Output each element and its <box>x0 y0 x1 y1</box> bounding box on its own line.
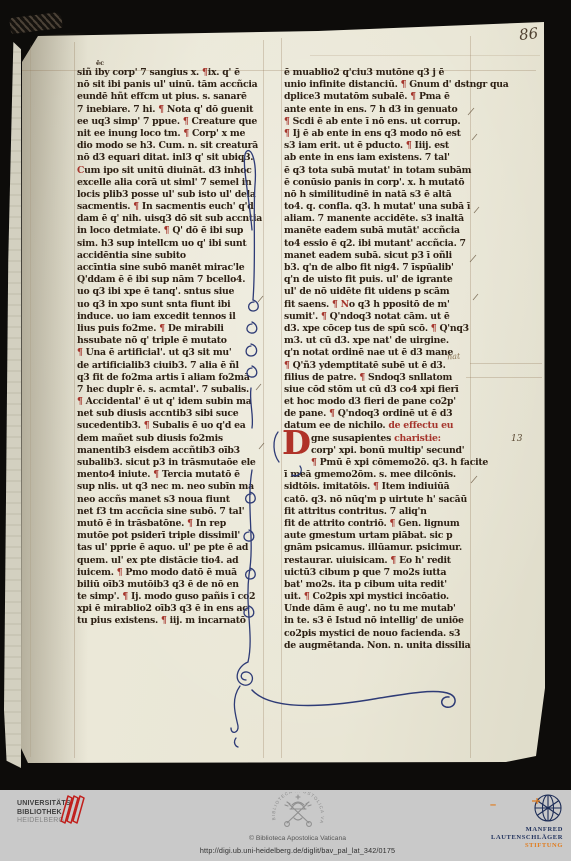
manuscript-line: lius puis fo2me. ¶ De mirabili <box>77 323 263 335</box>
manuscript-line: nit ee inung loco tm. ¶ Corp' x me <box>77 128 263 140</box>
ink-text: mento4 iniute. <box>77 469 153 480</box>
ink-text: b3. q'n de albo fit nig4. 7 īspūalib' <box>284 262 454 273</box>
ink-text: ē q3 tota subā mutat' in totam subām <box>284 165 471 176</box>
manuscript-line: ē q3 tota subā mutat' in totam subām <box>284 165 476 177</box>
ink-text: nō sit ibi panis ul' uinū. tām accñcia <box>77 79 257 90</box>
manuscript-line: te simp'. ¶ Ij. modo guso pañis ī co2 <box>77 591 263 603</box>
ink-text: xpi ē mirablio2 oīb3 q3 ē in ens ac <box>77 603 248 614</box>
manuscript-line: gne susapientes charistie: <box>284 433 476 445</box>
manuscript-line: gnām psicamus. illūamur. psicimur. <box>284 542 476 554</box>
manuscript-line: s3 iam erit. ut ē pducto. ¶ Iiij. est <box>284 140 476 152</box>
ink-text: Accidental' ē ut q' idem subin ma <box>86 396 252 407</box>
rubric-text: ¶ <box>158 104 167 115</box>
ink-text: sucedentib3. <box>77 420 144 431</box>
binding-headband <box>9 12 63 34</box>
manuscript-line: de pane. ¶ Q'ndoq3 ordinē ut ē d3 <box>284 408 476 420</box>
rubric-text: ¶ <box>321 311 330 322</box>
ink-text: Co2pis xpi mystici incōatio. <box>312 591 448 602</box>
ink-text: dem mañet sub diusis fo2mis <box>77 433 223 444</box>
rubric-text: ¶ <box>406 140 415 151</box>
manuscript-line: co2pis mystici de nouo facienda. s3 <box>284 628 476 640</box>
manuscript-line: manet eadem subā. sicut p3 ī oñli <box>284 250 476 262</box>
ink-text: 7 inebiare. 7 hi. <box>77 104 158 115</box>
manuscript-line: tu pius existens. ¶ iij. m incarnatō <box>77 615 263 627</box>
manuscript-line: iuicem. ¶ Pmo modo datō ē muā <box>77 567 263 579</box>
ink-text: filius de patre. <box>284 372 359 383</box>
ink-text: gne susapientes <box>311 433 394 444</box>
ink-text: restaurar. uiuisicam. <box>284 555 390 566</box>
ink-text: uictū3 cibum p que 7 mo2s iutta <box>284 567 446 578</box>
ruling-line <box>470 363 542 364</box>
ink-text: catō. q3. nō nūq'm p uirtute h' sacāū <box>284 494 467 505</box>
manuscript-line: sim. h3 sup intellcm uo q' ibi sunt <box>77 238 263 250</box>
ink-text: um ipo sit unitū diuināt. d3 inhoc <box>84 165 251 176</box>
manuscript-line: manēte eadem subā mutāt' accñcia <box>284 225 476 237</box>
manuscript-line: xpi ē mirablio2 oīb3 q3 ē in ens ac <box>77 603 263 615</box>
ink-text: subalib3. sicut p3 in trāsmutaōe ele <box>77 457 256 468</box>
ink-text: manēte eadem subā mutāt' accñcia <box>284 225 460 236</box>
manuscript-line: ante ente in ens. 7 h d3 in genuato <box>284 104 476 116</box>
manuscript-line: ē muablio2 q'ciu3 mutōne q3 j ē <box>284 67 476 79</box>
ink-text: fit attritus contritus. 7 aliq'n <box>284 506 427 517</box>
manuscript-line: hssubate nō q' triple ē mutato <box>77 335 263 347</box>
mls-line3: STIFTUNG <box>491 842 563 850</box>
manuscript-line: net f3 tm accñcia sine subō. 7 tal' <box>77 506 263 518</box>
manuscript-line: subalib3. sicut p3 in trāsmutaōe ele <box>77 457 263 469</box>
ink-text: sup nlis. ut q3 nec m. neo subīn ma <box>77 481 254 492</box>
margin-note-number: 13 <box>511 434 522 444</box>
rubric-text: ¶ <box>401 79 410 90</box>
ink-text: accīntia sine subō manēt mirac'le <box>77 262 244 273</box>
rubric-text: ¶ <box>390 518 399 529</box>
ink-text: Pmū ē xpi cōmemo2ō. q3. h facite <box>320 457 488 468</box>
manuscript-line: biliū oīb3 mutōib3 q3 ē de nō en <box>77 579 263 591</box>
mls-line2: LAUTENSCHLÄGER <box>491 834 563 842</box>
ink-text: sim. h3 sup intellcm uo q' ibi sunt <box>77 238 246 249</box>
ink-text: nit ee inung loco tm. <box>77 128 183 139</box>
ink-text: bat' mo2s. ita p cibum uita redit' <box>284 579 447 590</box>
rubric-text: ¶ <box>284 116 293 127</box>
manuscript-line: b3. q'n de albo fit nig4. 7 īspūalib' <box>284 262 476 274</box>
vatican-copyright: © Biblioteca Apostolica Vaticana <box>155 835 440 842</box>
rubric-text: ¶ <box>122 591 131 602</box>
manuscript-line: ē conūsio panis in corp'. x. h mutatō <box>284 177 476 189</box>
manuscript-line: fit de attrito contriō. ¶ Gen. lignum <box>284 518 476 530</box>
manuscript-line: net sub diusis accntib3 sibi suce <box>77 408 263 420</box>
manuscript-line: induce. uo iam excedit tennos il <box>77 311 263 323</box>
ink-text: aute gmestum urtam piābat. sic p <box>284 530 452 541</box>
ink-text: De mirabili <box>168 323 224 334</box>
ink-text: nō h similitudinē in natā s3 ē altā <box>284 189 451 200</box>
ink-text: iij. m incarnatō <box>170 615 246 626</box>
manuscript-line: quem. ul' ex pte distācie tio4. ad <box>77 555 263 567</box>
mls-dash: – <box>490 799 496 811</box>
rubric-text: ¶ <box>164 225 173 236</box>
manuscript-line: sumit'. ¶ Q'ndoq3 notat cām. ut ē <box>284 311 476 323</box>
ink-text: Q'ndoq3 notat cām. ut ē <box>330 311 450 322</box>
ink-text: de pane. <box>284 408 329 419</box>
manuscript-line: ¶ Ij ē ab ente in ens q3 modo nō est <box>284 128 476 140</box>
manuscript-line: ab ente in ens iam existens. 7 tal' <box>284 152 476 164</box>
source-url[interactable]: http://digi.ub.uni-heidelberg.de/diglit/… <box>155 846 440 855</box>
ink-text: d3. xpe cōcep tus de spū scō. <box>284 323 431 334</box>
ink-text: to4 essio ē q2. ibi mutant' accñcia. 7 <box>284 238 466 249</box>
ink-text: Item indiuiūā <box>382 481 450 492</box>
ruling-line <box>281 38 282 758</box>
ink-text: uo q3 in xpo sunt snta fiunt ibi <box>77 299 230 310</box>
ink-text: Eo h' redit <box>399 555 451 566</box>
ink-text: uit. <box>284 591 304 602</box>
mls-logo-text: MANFRED LAUTENSCHLÄGER STIFTUNG <box>491 826 563 850</box>
manuscript-line: ī meā gmemo2ōm. s. mee dilcōnis. <box>284 469 476 481</box>
manuscript-line: dem mañet sub diusis fo2mis <box>77 433 263 445</box>
ink-text: sidtōis. imitatōis. <box>284 481 373 492</box>
mls-globe-icon <box>532 791 564 825</box>
manuscript-line: sacmentis. ¶ In sacmentis euch' q'd <box>77 201 263 213</box>
manuscript-line: to4. q. confla. q3. h mutat' una subā ī <box>284 201 476 213</box>
ink-text: to4. q. confla. q3. h mutat' una subā ī <box>284 201 470 212</box>
manuscript-line: ¶ Pmū ē xpi cōmemo2ō. q3. h facite <box>284 457 476 469</box>
ink-text: hssubate nō q' triple ē mutato <box>77 335 227 346</box>
manuscript-line: fit attritus contritus. 7 aliq'n <box>284 506 476 518</box>
manuscript-line: ¶ Una ē artificial'. ut q3 sit mu' <box>77 347 263 359</box>
ink-text: unio infinite distanciū. <box>284 79 401 90</box>
margin-note-nat: nat <box>447 352 461 362</box>
vatican-seal-icon: BIBLIOTECA APOSTOLICA VATICANA <box>270 792 326 834</box>
ink-text: locis plib3 posse ul' sub isto ul' dela <box>77 189 256 200</box>
ink-text: sacmentis. <box>77 201 133 212</box>
rubric-text: de effectu eu <box>388 420 453 431</box>
ink-text: Nota q' dō guenit <box>167 104 253 115</box>
rubric-text: ¶ <box>284 128 293 139</box>
manuscript-line: de artificialib3 ciuib3. 7 alia ē ñl <box>77 360 263 372</box>
rubric-text: N <box>341 299 349 310</box>
manuscript-line: dio modo se h3. Cum. n. sit creaturā <box>77 140 263 152</box>
manuscript-line: aliam. 7 manente accidēte. s3 inaltā <box>284 213 476 225</box>
ink-text: ante ente in ens. 7 h d3 in genuato <box>284 104 457 115</box>
manuscript-line: nō h similitudinē in natā s3 ē altā <box>284 189 476 201</box>
ink-text: Q'ddam ē ē ibi sup nām 7 bcello4. <box>77 274 245 285</box>
manuscript-line: uo q3 in xpo sunt snta fiunt ibi <box>77 299 263 311</box>
manuscript-line: ¶ Scdi ē ab ente ī nō ens. ut corrup. <box>284 116 476 128</box>
ink-text: Creature que <box>191 116 257 127</box>
ink-text: mutōe pot psiderī triple dissimil' <box>77 530 240 541</box>
drop-cap-initial: D <box>282 428 311 458</box>
ink-text: tu pius existens. <box>77 615 161 626</box>
ink-text: net sub diusis accntib3 sibi suce <box>77 408 238 419</box>
manuscript-line: manentib3 eisdem accñtib3 oīb3 <box>77 445 263 457</box>
ink-text: Pmo modo datō ē muā <box>125 567 237 578</box>
previous-page-edge <box>4 42 21 768</box>
manuscript-line: unio infinite distanciū. ¶ Gnum d' dstng… <box>284 79 476 91</box>
ink-text: s3 iam erit. ut ē pducto. <box>284 140 406 151</box>
ink-text: fit de attrito contriō. <box>284 518 390 529</box>
manuscript-line: catō. q3. nō nūq'm p uirtute h' sacāū <box>284 494 476 506</box>
ink-text: Gen. lignum <box>398 518 459 529</box>
ink-text: ē muablio2 q'ciu3 mutōne q3 j ē <box>284 67 444 78</box>
ink-text: ē conūsio panis in corp'. x. h mutatō <box>284 177 464 188</box>
manuscript-line: Cum ipo sit unitū diuināt. d3 inhoc <box>77 165 263 177</box>
ink-text: Sndoq3 snllatom <box>368 372 452 383</box>
manuscript-line: ul' de nō uidēte fit uidens p scām <box>284 286 476 298</box>
ub-books-icon <box>57 792 89 826</box>
ink-text: uo q3 ibi xpe ē tanq'. sntus siue <box>77 286 234 297</box>
manuscript-line: 7 inebiare. 7 hi. ¶ Nota q' dō guenit <box>77 104 263 116</box>
ink-text: Corp' x me <box>192 128 245 139</box>
manuscript-line: accidēntia sine subito <box>77 250 263 262</box>
ink-text: biliū oīb3 mutōib3 q3 ē de nō en <box>77 579 239 590</box>
manuscript-line: restaurar. uiuisicam. ¶ Eo h' redit <box>284 555 476 567</box>
ink-text: de augmētanda. Non. n. unita dissilia <box>284 640 470 651</box>
manuscript-line: siñ iby corp' 7 sangius x. ¶ix. q' ē <box>77 67 263 79</box>
rubric-text: ¶ <box>332 299 341 310</box>
rubric-text: ¶ <box>390 555 399 566</box>
rubric-text: ¶ <box>329 408 338 419</box>
manuscript-line: Q'ddam ē ē ibi sup nām 7 bcello4. <box>77 274 263 286</box>
rubric-text: ¶ <box>77 396 86 407</box>
manuscript-line: siue cōd stōm ut cū d3 co4 xpi fierī <box>284 384 476 396</box>
manuscript-line: in loco detmiate. ¶ Q' dō ē ibi sup <box>77 225 263 237</box>
ink-text: 7 hec duplr ē. s. acmtal'. 7 subalis. <box>77 384 249 395</box>
manuscript-line: q3 fit de fo2ma artis ī aliam fo2mā <box>77 372 263 384</box>
ink-text: dio modo se h3. Cum. n. sit creaturā <box>77 140 258 151</box>
ruling-line <box>310 55 540 56</box>
manuscript-line: bat' mo2s. ita p cibum uita redit' <box>284 579 476 591</box>
ink-text: Q' dō ē ibi sup <box>172 225 243 236</box>
manuscript-line: sucedentib3. ¶ Subalis ē uo q'd ea <box>77 420 263 432</box>
ink-text: q'n de uisto fit puis. ul' de igrante <box>284 274 453 285</box>
ink-text: Tercia mutatō ē <box>162 469 240 480</box>
ink-text: o q3 h ppositō de m' <box>349 299 450 310</box>
ink-text: fit saens. <box>284 299 332 310</box>
manuscript-line: Unde dām ē aug'. no tu me mutab' <box>284 603 476 615</box>
ruling-line <box>74 42 75 758</box>
rubric-text: ¶ <box>159 323 168 334</box>
ink-text: Ij ē ab ente in ens q3 modo nō est <box>293 128 461 139</box>
ink-text: quem. ul' ex pte distācie tio4. ad <box>77 555 238 566</box>
rubric-text: ¶ <box>410 91 419 102</box>
ink-text: accidēntia sine subito <box>77 250 186 261</box>
ink-text: Gnum d' dstngr qua <box>409 79 508 90</box>
interlinear-note: ēc <box>96 59 104 67</box>
ink-text: tas ul' pprie ē aquo. ul' pe pte ē ad <box>77 542 248 553</box>
ruling-line <box>263 40 264 758</box>
rubric-text: ¶ <box>153 469 162 480</box>
rubric-text: charistie: <box>394 433 441 444</box>
ink-text: q'n notat ordinē nae ut ē d3 mane <box>284 347 453 358</box>
rubric-text: ¶ <box>311 457 320 468</box>
manuscript-line: nō sit ibi panis ul' uinū. tām accñcia <box>77 79 263 91</box>
manuscript-line: q'n de uisto fit puis. ul' de igrante <box>284 274 476 286</box>
ink-text: Unde dām ē aug'. no tu me mutab' <box>284 603 456 614</box>
ink-text: neo accñs manet s3 noua fiunt <box>77 494 230 505</box>
ink-text: dplice3 mutatōm subalē. <box>284 91 410 102</box>
manuscript-line: et hoc modo d3 fieri de pane co2p' <box>284 396 476 408</box>
rubric-text: ¶ <box>373 481 382 492</box>
ink-text: manentib3 eisdem accñtib3 oīb3 <box>77 445 240 456</box>
ink-text: corp' xpi. bonū multip' secund' <box>311 445 464 456</box>
manuscript-line: eundē hñt effcm ut pius. s. sanarē <box>77 91 263 103</box>
ink-text: gnām psicamus. illūamur. psicimur. <box>284 542 462 553</box>
ruling-line <box>30 45 31 757</box>
manuscript-line: sidtōis. imitatōis. ¶ Item indiuiūā <box>284 481 476 493</box>
manuscript-line: neo accñs manet s3 noua fiunt <box>77 494 263 506</box>
manuscript-line: aute gmestum urtam piābat. sic p <box>284 530 476 542</box>
ink-text: Iiij. est <box>415 140 449 151</box>
ink-text: dam ē q' nih. uisq3 dō sit sub accntia <box>77 213 262 224</box>
ink-text: In sacmentis euch' q'd <box>142 201 254 212</box>
manuscript-line: to4 essio ē q2. ibi mutant' accñcia. 7 <box>284 238 476 250</box>
ink-text: iuicem. <box>77 567 117 578</box>
ink-text: ī meā gmemo2ōm. s. mee dilcōnis. <box>284 469 456 480</box>
ink-text: Ij. modo guso pañis ī co2 <box>131 591 255 602</box>
manuscript-line: excelle alia corā ut siml' 7 semel in <box>77 177 263 189</box>
manuscript-line: nō d3 equari ditat. inl3 q' sit ubiq3. <box>77 152 263 164</box>
folio-number: 86 <box>518 24 539 44</box>
ink-text: Pma ē <box>419 91 450 102</box>
ink-text: Subalis ē uo q'd ea <box>152 420 245 431</box>
manuscript-line: uo q3 ibi xpe ē tanq'. sntus siue <box>77 286 263 298</box>
ink-text: co2pis mystici de nouo facienda. s3 <box>284 628 460 639</box>
ink-text: ix. q' ē <box>208 67 240 78</box>
manuscript-line: de augmētanda. Non. n. unita dissilia <box>284 640 476 652</box>
rubric-text: ¶ <box>359 372 368 383</box>
rubric-text: ¶ <box>77 347 86 358</box>
ink-text: sumit'. <box>284 311 321 322</box>
ink-text: excelle alia corā ut siml' 7 semel in <box>77 177 252 188</box>
manuscript-line: mutō ē in trāsbatōne. ¶ In rep <box>77 518 263 530</box>
ink-text: Q'ndoq3 ordinē ut ē d3 <box>338 408 453 419</box>
vatican-footer-block: BIBLIOTECA APOSTOLICA VATICANA © Bibliot… <box>155 792 440 855</box>
manuscript-line: 7 hec duplr ē. s. acmtal'. 7 subalis. <box>77 384 263 396</box>
manuscript-line: filius de patre. ¶ Sndoq3 snllatom <box>284 372 476 384</box>
ink-text: in loco detmiate. <box>77 225 164 236</box>
manuscript-line: corp' xpi. bonū multip' secund' <box>284 445 476 457</box>
manuscript-line: d3. xpe cōcep tus de spū scō. ¶ Q'nq3 <box>284 323 476 335</box>
ink-text: Scdi ē ab ente ī nō ens. ut corrup. <box>293 116 461 127</box>
ink-text: ab ente in ens iam existens. 7 tal' <box>284 152 450 163</box>
ink-text: manet eadem subā. sicut p3 ī oñli <box>284 250 452 261</box>
manuscript-line: datum ee de nichilo. de effectu eu <box>284 420 476 432</box>
ruling-line <box>466 377 542 378</box>
ink-text: ul' de nō uidēte fit uidens p scām <box>284 286 449 297</box>
footer-bar: UNIVERSITÄTS- BIBLIOTHEK HEIDELBERG <box>0 790 571 861</box>
ink-text: induce. uo iam excedit tennos il <box>77 311 236 322</box>
ink-text: eundē hñt effcm ut pius. s. sanarē <box>77 91 247 102</box>
manuscript-line: sup nlis. ut q3 nec m. neo subīn ma <box>77 481 263 493</box>
rubric-text: ¶ <box>187 518 196 529</box>
manuscript-line: fit saens. ¶ No q3 h ppositō de m' <box>284 299 476 311</box>
rubric-text: ¶ <box>284 360 293 371</box>
manuscript-line: uictū3 cibum p que 7 mo2s iutta <box>284 567 476 579</box>
ink-text: et hoc modo d3 fieri de pane co2p' <box>284 396 456 407</box>
manuscript-line: ee uq3 simp' 7 ppue. ¶ Creature que <box>77 116 263 128</box>
ink-text: siue cōd stōm ut cū d3 co4 xpi fierī <box>284 384 459 395</box>
manuscript-line: mutōe pot psiderī triple dissimil' <box>77 530 263 542</box>
ink-text: te simp'. <box>77 591 122 602</box>
ink-text: Q'nq3 <box>439 323 468 334</box>
rubric-text: ¶ <box>161 615 170 626</box>
manuscript-line: uit. ¶ Co2pis xpi mystici incōatio. <box>284 591 476 603</box>
manuscript-line: in te. s3 ē Istud nō intellig' de uniōe <box>284 615 476 627</box>
ink-text: m3. ut cū d3. xpe nat' de uirgine. <box>284 335 449 346</box>
ink-text: ee uq3 simp' 7 ppue. <box>77 116 183 127</box>
digitized-manuscript-scan: 86 ēc siñ iby corp' 7 sangius x. ¶ix. q'… <box>0 0 571 861</box>
ink-text: siñ iby corp' 7 sangius x. <box>77 67 202 78</box>
ink-text: q3 fit de fo2ma artis ī aliam fo2mā <box>77 372 250 383</box>
ink-text: net f3 tm accñcia sine subō. 7 tal' <box>77 506 244 517</box>
manuscript-line: accīntia sine subō manēt mirac'le <box>77 262 263 274</box>
manuscript-line: mento4 iniute. ¶ Tercia mutatō ē <box>77 469 263 481</box>
rubric-text: ¶ <box>183 128 192 139</box>
ink-text: Q'ñ3 ydemptitatē subē ut ē d3. <box>293 360 446 371</box>
manuscript-line: ¶ Accidental' ē ut q' idem subin ma <box>77 396 263 408</box>
manuscript-line: locis plib3 posse ul' sub isto ul' dela <box>77 189 263 201</box>
ink-text: nō d3 equari ditat. inl3 q' sit ubiq3. <box>77 152 253 163</box>
ink-text: in te. s3 ē Istud nō intellig' de uniōe <box>284 615 464 626</box>
manuscript-line: m3. ut cū d3. xpe nat' de uirgine. <box>284 335 476 347</box>
manuscript-line: tas ul' pprie ē aquo. ul' pe pte ē ad <box>77 542 263 554</box>
mls-line1: MANFRED <box>491 826 563 834</box>
ink-text: mutō ē in trāsbatōne. <box>77 518 187 529</box>
ink-text: aliam. 7 manente accidēte. s3 inaltā <box>284 213 464 224</box>
ink-text: lius puis fo2me. <box>77 323 159 334</box>
manuscript-line: dplice3 mutatōm subalē. ¶ Pma ē <box>284 91 476 103</box>
manuscript-line: dam ē q' nih. uisq3 dō sit sub accntia <box>77 213 263 225</box>
rubric-text: ¶ <box>133 201 142 212</box>
ink-text: de artificialib3 ciuib3. 7 alia ē ñl <box>77 360 239 371</box>
text-column-left: siñ iby corp' 7 sangius x. ¶ix. q' ēnō s… <box>77 67 263 628</box>
ink-text: In rep <box>196 518 226 529</box>
ink-text: Una ē artificial'. ut q3 sit mu' <box>86 347 232 358</box>
